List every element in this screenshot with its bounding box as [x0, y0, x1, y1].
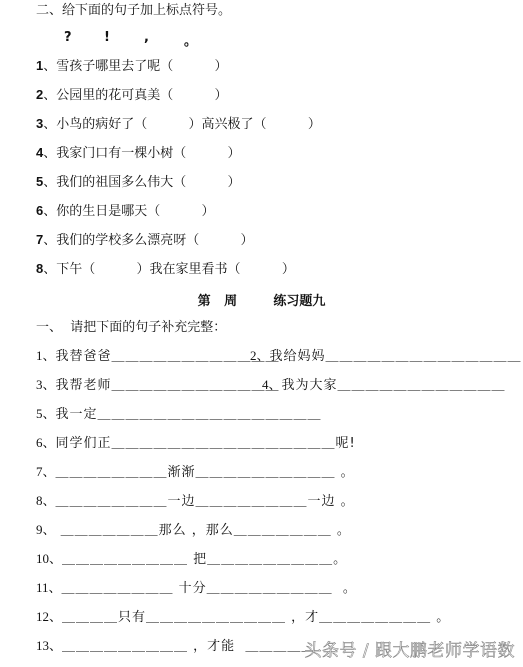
section1-heading: 一、 请把下面的句子补充完整：: [36, 320, 226, 336]
item-text: 、公园里的花可真美（ ）: [43, 88, 227, 103]
punct-item-4: 4、我家门口有一棵小树（ ）: [36, 145, 241, 162]
section2-heading: 二、给下面的句子加上标点符号。: [36, 3, 231, 19]
fill-item-8: 8、＿＿＿＿＿＿＿＿一边＿＿＿＿＿＿＿＿一边 。: [36, 493, 355, 510]
punct-item-6: 6、你的生日是哪天（ ）: [36, 203, 215, 220]
fill-item-13: 13、＿＿＿＿＿＿＿＿＿ ，才能 ＿＿＿＿＿: [36, 638, 315, 655]
fill-item-5: 5、我一定＿＿＿＿＿＿＿＿＿＿＿＿＿＿＿＿: [36, 406, 322, 423]
fill-item-1: 1、我替爸爸＿＿＿＿＿＿＿＿＿＿＿＿: [36, 348, 280, 365]
item-number: 12、: [36, 609, 62, 624]
item-number: 1、: [36, 348, 56, 363]
fill-item-7: 7、＿＿＿＿＿＿＿＿渐渐＿＿＿＿＿＿＿＿＿＿ 。: [36, 464, 355, 481]
comma-mark: ,: [144, 30, 149, 45]
fill-item-4: 4、我为大家＿＿＿＿＿＿＿＿＿＿＿＿: [262, 377, 506, 394]
exercise-title: 第 周 练习题九: [0, 290, 523, 309]
punct-item-5: 5、我们的祖国多么伟大（ ）: [36, 174, 241, 191]
item-text: 我替爸爸＿＿＿＿＿＿＿＿＿＿＿＿: [56, 349, 280, 364]
item-number: 10、: [36, 551, 62, 566]
item-text: 、我们的学校多么漂亮呀（ ）: [43, 233, 253, 248]
item-text: ＿＿＿＿＿＿＿＿渐渐＿＿＿＿＿＿＿＿＿＿ 。: [56, 465, 355, 480]
item-number: 13、: [36, 638, 62, 653]
question-mark: ?: [64, 30, 72, 45]
item-number: 4、: [262, 377, 282, 392]
watermark: 头条号 / 跟大鹏老师学语数: [304, 636, 515, 661]
item-number: 5、: [36, 406, 56, 421]
item-text: 、我们的祖国多么伟大（ ）: [43, 175, 240, 190]
punct-item-3: 3、小鸟的病好了（ ）高兴极了（ ）: [36, 116, 321, 133]
item-text: 、下午（ ）我在家里看书（ ）: [43, 262, 295, 277]
item-text: 我给妈妈＿＿＿＿＿＿＿＿＿＿＿＿＿＿: [270, 349, 522, 364]
fill-item-12: 12、＿＿＿＿只有＿＿＿＿＿＿＿＿＿＿ ，才＿＿＿＿＿＿＿＿ 。: [36, 609, 450, 626]
item-number: 11、: [36, 580, 62, 595]
punct-item-8: 8、下午（ ）我在家里看书（ ）: [36, 261, 295, 278]
item-text: ＿＿＿＿＿＿＿＿一边＿＿＿＿＿＿＿＿一边 。: [56, 494, 355, 509]
item-text: ＿＿＿＿只有＿＿＿＿＿＿＿＿＿＿ ，才＿＿＿＿＿＿＿＿ 。: [62, 610, 450, 625]
item-text: 我帮老师＿＿＿＿＿＿＿＿＿＿＿＿: [56, 378, 280, 393]
fill-item-9: 9、 ＿＿＿＿＿＿＿那么 ，那么＿＿＿＿＿＿＿ 。: [36, 522, 351, 539]
item-text: 、雪孩子哪里去了呢（ ）: [43, 59, 227, 74]
item-text: 我为大家＿＿＿＿＿＿＿＿＿＿＿＿: [282, 378, 506, 393]
item-text: 同学们正＿＿＿＿＿＿＿＿＿＿＿＿＿＿＿＿呢!: [56, 436, 356, 451]
item-text: ＿＿＿＿＿＿＿＿＿ ，才能 ＿＿＿＿＿: [62, 639, 315, 654]
item-text: ＿＿＿＿＿＿＿＿＿ 把＿＿＿＿＿＿＿＿＿。: [62, 552, 347, 567]
fill-item-3: 3、我帮老师＿＿＿＿＿＿＿＿＿＿＿＿: [36, 377, 280, 394]
item-number: 7、: [36, 464, 56, 479]
item-number: 3、: [36, 377, 56, 392]
fill-item-2: 2、我给妈妈＿＿＿＿＿＿＿＿＿＿＿＿＿＿: [250, 348, 522, 365]
period-mark: 。: [184, 30, 197, 49]
punct-item-1: 1、雪孩子哪里去了呢（ ）: [36, 58, 228, 75]
item-text: 我一定＿＿＿＿＿＿＿＿＿＿＿＿＿＿＿＿: [56, 407, 322, 422]
item-text: ＿＿＿＿＿＿＿那么 ，那么＿＿＿＿＿＿＿ 。: [56, 523, 351, 538]
item-number: 9、: [36, 522, 56, 537]
item-text: ＿＿＿＿＿＿＿＿ 十分＿＿＿＿＿＿＿＿＿ 。: [62, 581, 357, 596]
item-number: 2、: [250, 348, 270, 363]
exclamation-mark: !: [104, 30, 110, 45]
fill-item-6: 6、同学们正＿＿＿＿＿＿＿＿＿＿＿＿＿＿＿＿呢!: [36, 435, 356, 452]
item-text: 、小鸟的病好了（ ）高兴极了（ ）: [43, 117, 321, 132]
punct-item-7: 7、我们的学校多么漂亮呀（ ）: [36, 232, 254, 249]
fill-item-11: 11、＿＿＿＿＿＿＿＿ 十分＿＿＿＿＿＿＿＿＿ 。: [36, 580, 357, 597]
punct-item-2: 2、公园里的花可真美（ ）: [36, 87, 228, 104]
item-number: 8、: [36, 493, 56, 508]
item-text: 、我家门口有一棵小树（ ）: [43, 146, 240, 161]
item-number: 6、: [36, 435, 56, 450]
item-text: 、你的生日是哪天（ ）: [43, 204, 214, 219]
fill-item-10: 10、＿＿＿＿＿＿＿＿＿ 把＿＿＿＿＿＿＿＿＿。: [36, 551, 347, 568]
